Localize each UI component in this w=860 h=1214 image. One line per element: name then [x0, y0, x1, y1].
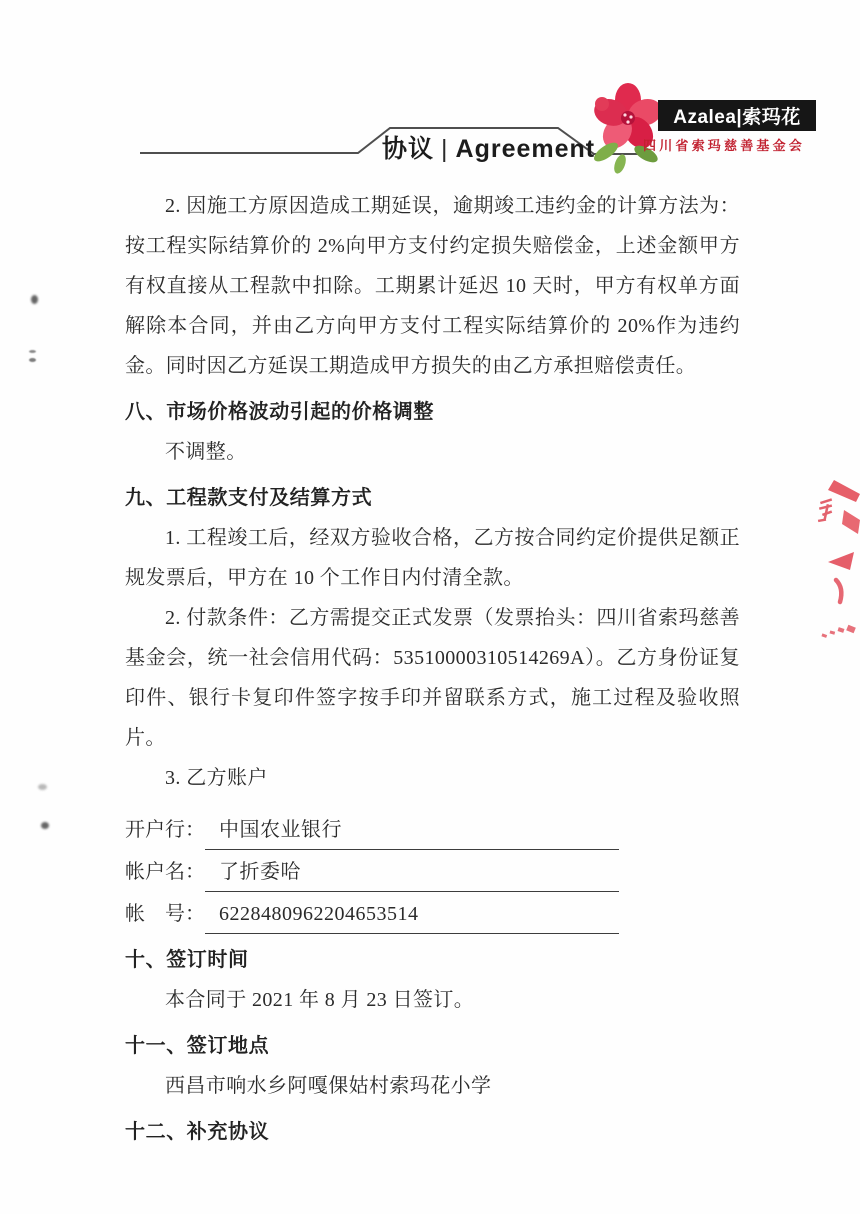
account-name-field: 帐户名： 了折委哈	[125, 850, 740, 892]
clause-overdue-penalty: 2. 因施工方原因造成工期延误，逾期竣工违约金的计算方法为：按工程实际结算价的 …	[125, 186, 740, 386]
document-page: 协议|Agreement Azalea|索玛花 四川省索玛慈善基金会 2. 因施…	[0, 0, 860, 1214]
signing-date: 本合同于 2021 年 8 月 23 日签订。	[125, 980, 740, 1020]
red-stamp-fragment	[814, 476, 860, 654]
bank-value: 中国农业银行	[205, 811, 619, 850]
banner-title-en: Agreement	[456, 135, 596, 163]
contract-body: 2. 因施工方原因造成工期延误，逾期竣工违约金的计算方法为：按工程实际结算价的 …	[125, 186, 740, 1152]
scan-smudge	[31, 295, 38, 304]
account-name-label: 帐户名：	[125, 852, 205, 892]
bank-field: 开户行： 中国农业银行	[125, 808, 740, 850]
brand-badge: Azalea|索玛花	[658, 100, 816, 131]
payment-item-3: 3. 乙方账户	[125, 758, 740, 798]
account-name-value: 了折委哈	[205, 853, 619, 892]
banner-title-separator: |	[441, 135, 449, 163]
payment-item-2: 2. 付款条件：乙方需提交正式发票（发票抬头：四川省索玛慈善基金会，统一社会信用…	[125, 598, 740, 758]
section-8-heading: 八、市场价格波动引起的价格调整	[125, 392, 740, 432]
brand-text: Azalea|索玛花	[673, 102, 801, 129]
scan-smudge	[29, 358, 36, 362]
section-12-heading: 十二、补充协议	[125, 1112, 740, 1152]
account-number-label: 帐 号：	[125, 894, 205, 934]
signing-location: 西昌市响水乡阿嘎倮姑村索玛花小学	[125, 1066, 740, 1106]
org-name: 四川省索玛慈善基金会	[643, 135, 805, 154]
section-11-heading: 十一、签订地点	[125, 1026, 740, 1066]
bank-label: 开户行：	[125, 810, 205, 850]
banner-title: 协议|Agreement	[382, 129, 595, 165]
account-fields: 开户行： 中国农业银行 帐户名： 了折委哈 帐 号： 6228480962204…	[125, 808, 740, 934]
scan-smudge	[38, 784, 47, 790]
payment-item-1: 1. 工程竣工后，经双方验收合格，乙方按合同约定价提供足额正规发票后，甲方在 1…	[125, 518, 740, 598]
section-9-heading: 九、工程款支付及结算方式	[125, 478, 740, 518]
account-number-value: 6228480962204653514	[205, 895, 619, 934]
section-8-body: 不调整。	[125, 432, 740, 472]
scan-smudge	[41, 822, 49, 829]
banner-title-zh: 协议	[382, 135, 434, 163]
scan-smudge	[29, 350, 36, 353]
account-number-field: 帐 号： 6228480962204653514	[125, 892, 740, 934]
section-10-heading: 十、签订时间	[125, 940, 740, 980]
